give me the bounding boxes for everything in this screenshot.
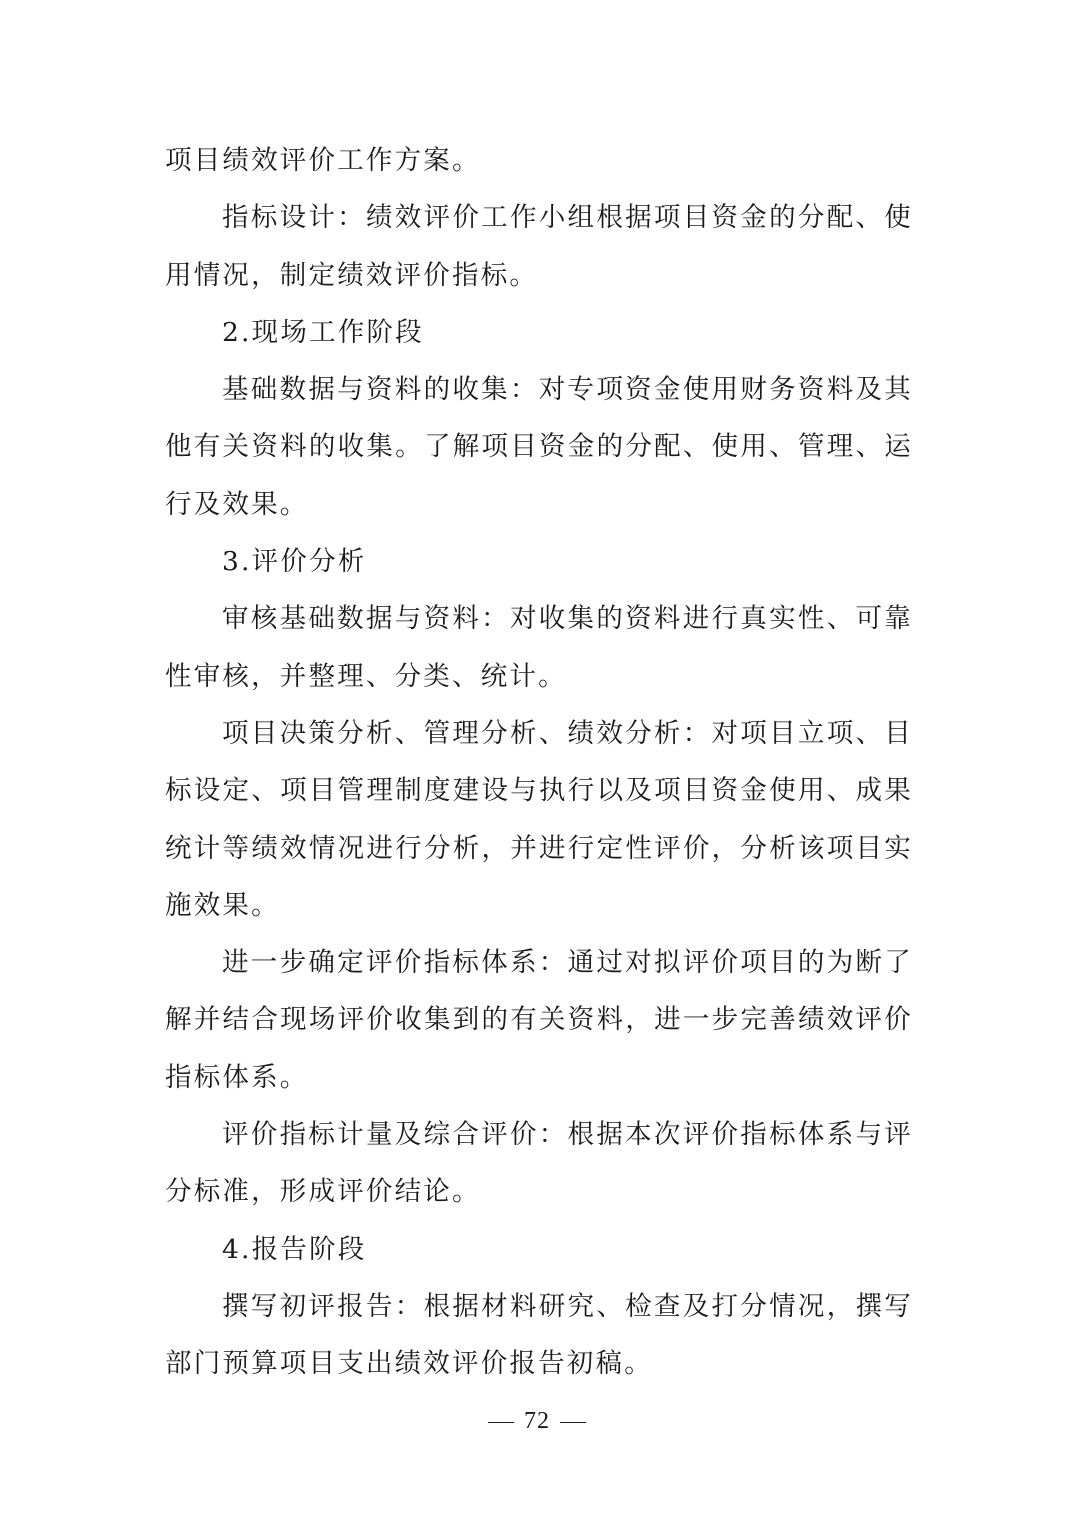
footer-dash-right <box>560 1422 586 1423</box>
paragraph-data-collection: 基础数据与资料的收集：对专项资金使用财务资料及其他有关资料的收集。了解项目资金的… <box>165 361 913 533</box>
paragraph-indicator-system: 进一步确定评价指标体系：通过对拟评价项目的为断了解并结合现场评价收集到的有关资料… <box>165 934 913 1106</box>
paragraph-indicator-design: 指标设计：绩效评价工作小组根据项目资金的分配、使用情况，制定绩效评价指标。 <box>165 189 913 304</box>
paragraph-data-review: 审核基础数据与资料：对收集的资料进行真实性、可靠性审核，并整理、分类、统计。 <box>165 590 913 705</box>
paragraph-comprehensive-evaluation: 评价指标计量及综合评价：根据本次评价指标体系与评分标准，形成评价结论。 <box>165 1106 913 1221</box>
section-heading-evaluation-analysis: 3.评价分析 <box>165 533 913 590</box>
section-heading-field-work: 2.现场工作阶段 <box>165 304 913 361</box>
paragraph-project-analysis: 项目决策分析、管理分析、绩效分析：对项目立项、目标设定、项目管理制度建设与执行以… <box>165 705 913 934</box>
section-heading-report-stage: 4.报告阶段 <box>165 1221 913 1278</box>
paragraph-continuation: 项目绩效评价工作方案。 <box>165 132 913 189</box>
page-footer: 72 <box>0 1408 1074 1435</box>
paragraph-draft-report: 撰写初评报告：根据材料研究、检查及打分情况，撰写部门预算项目支出绩效评价报告初稿… <box>165 1278 913 1393</box>
footer-dash-left <box>488 1422 514 1423</box>
document-page-body: 项目绩效评价工作方案。 指标设计：绩效评价工作小组根据项目资金的分配、使用情况，… <box>165 132 913 1393</box>
page-number: 72 <box>524 1408 550 1434</box>
